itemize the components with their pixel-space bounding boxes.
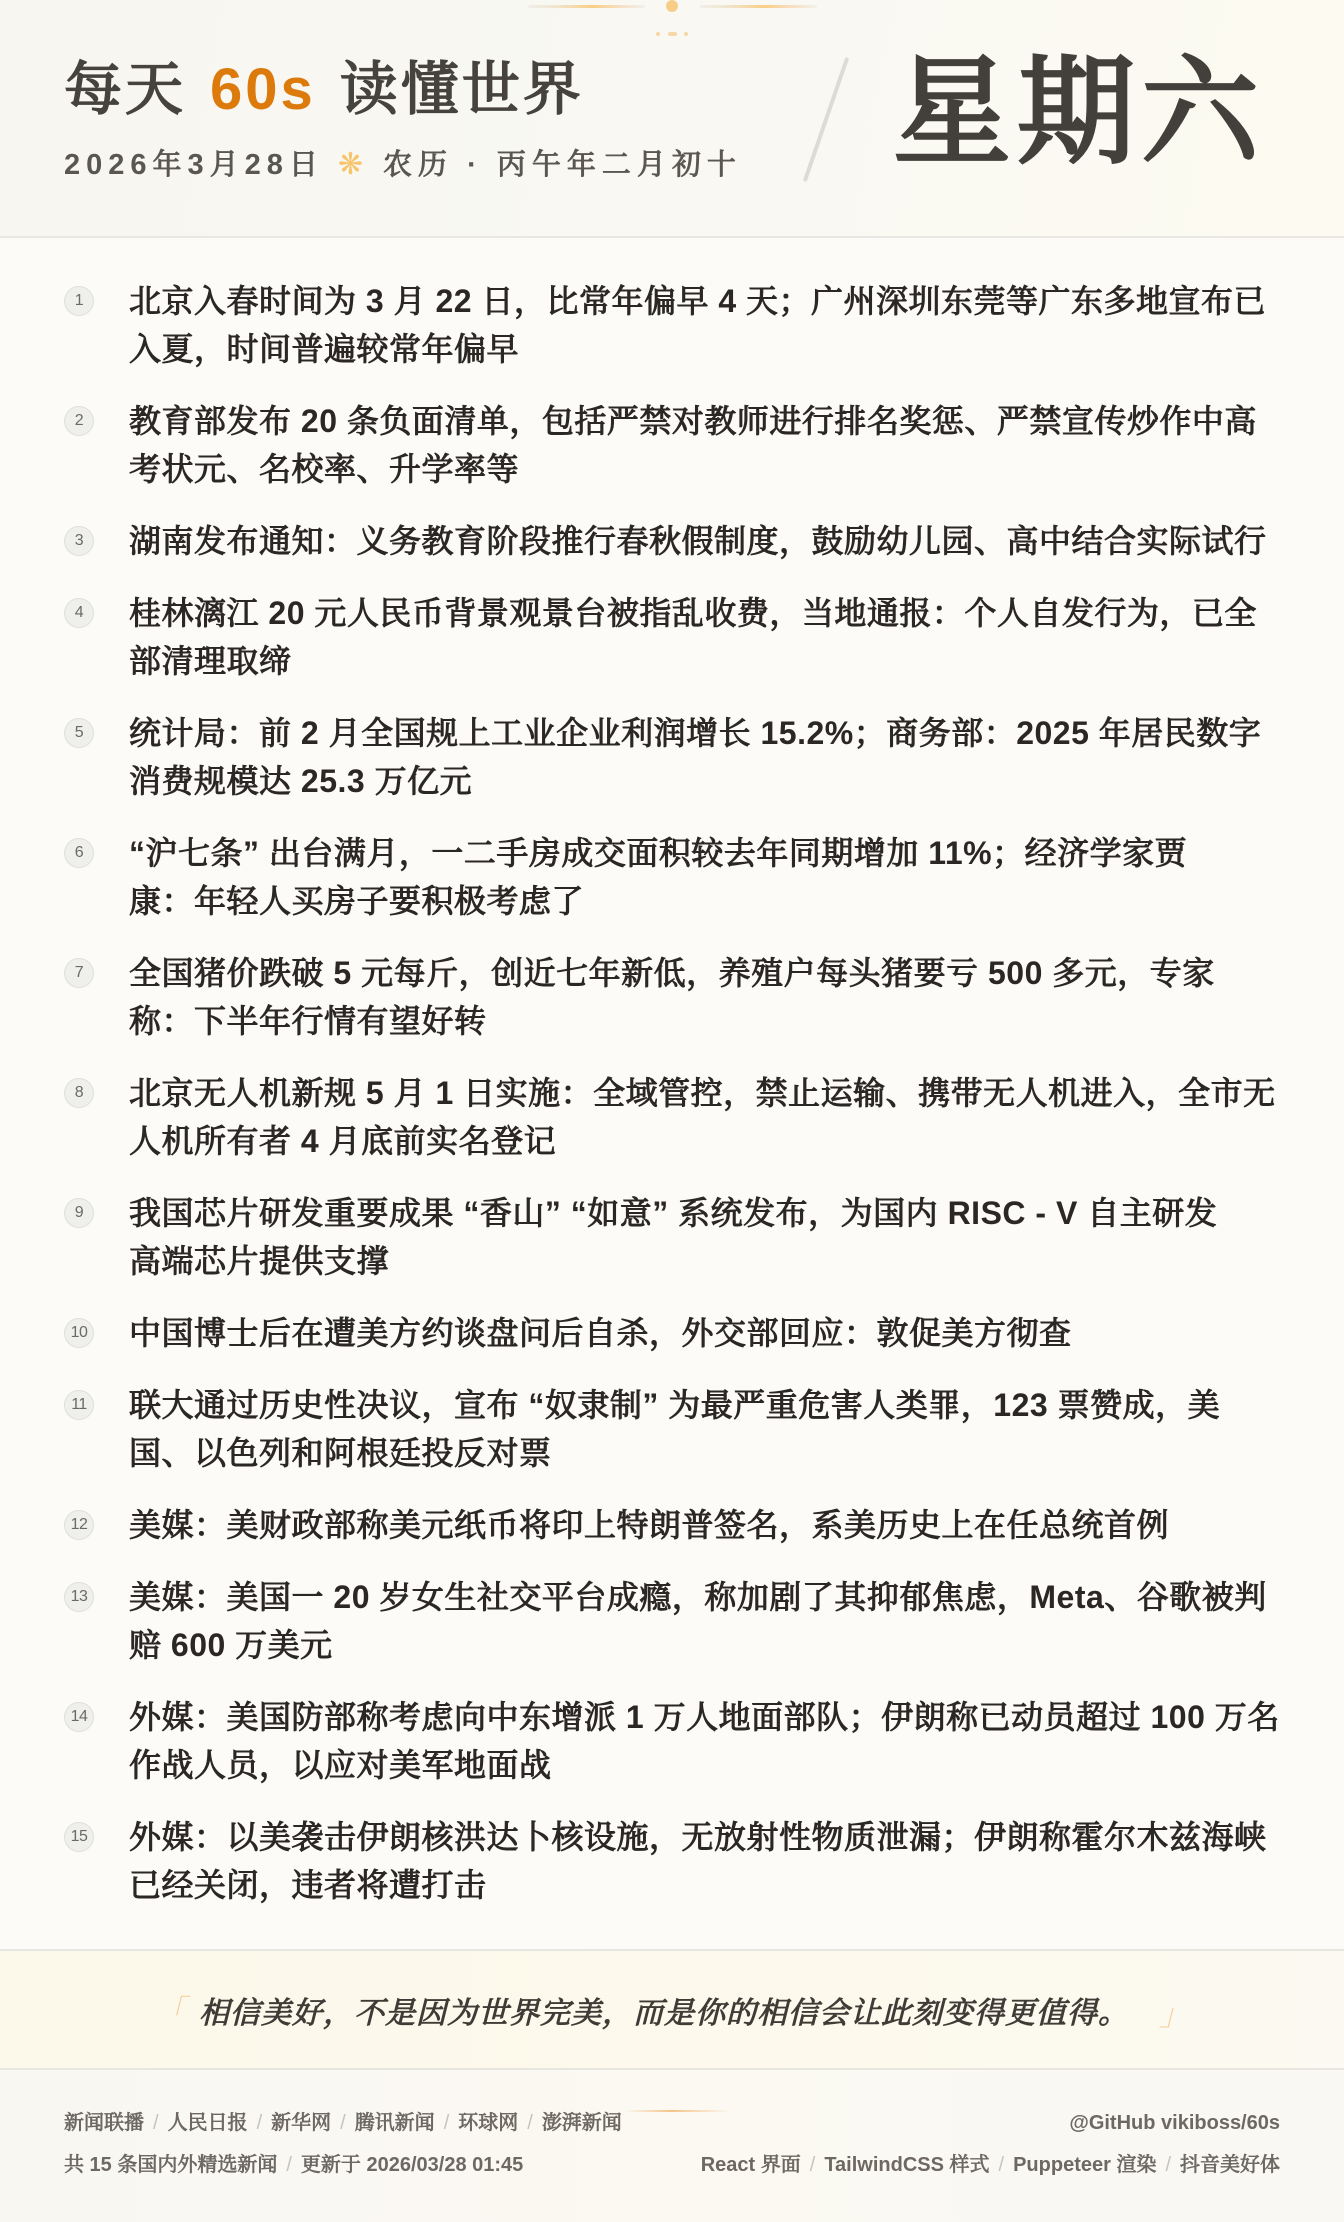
- source-label: 环球网: [458, 2112, 518, 2134]
- news-count: 共 15 条国内外精选新闻: [64, 2154, 277, 2176]
- news-text-line: 赔 600 万美元: [129, 1621, 1280, 1669]
- news-text-line: 中国博士后在遭美方约谈盘问后自杀，外交部回应：敦促美方彻查: [129, 1309, 1280, 1357]
- news-item-14: 14 外媒：美国防部称考虑向中东增派 1 万人地面部队；伊朗称已动员超过 100…: [64, 1693, 1280, 1789]
- separator: /: [999, 2154, 1005, 2176]
- separator: /: [153, 2112, 159, 2134]
- news-text-line: 教育部发布 20 条负面清单，包括严禁对教师进行排名奖惩、严禁宣传炒作中高: [129, 397, 1280, 445]
- news-text-line: 高端芯片提供支撑: [129, 1237, 1280, 1285]
- item-number-badge: 11: [64, 1390, 94, 1420]
- decorative-small-dot: [656, 32, 660, 36]
- news-text: 教育部发布 20 条负面清单，包括严禁对教师进行排名奖惩、严禁宣传炒作中高 考状…: [129, 397, 1280, 493]
- footer: 新闻联播/人民日报/新华网/腾讯新闻/环球网/澎湃新闻 共 15 条国内外精选新…: [0, 2070, 1344, 2222]
- news-text-line: 外媒：美国防部称考虑向中东增派 1 万人地面部队；伊朗称已动员超过 100 万名: [129, 1693, 1280, 1741]
- title-suffix: 读懂世界: [340, 57, 584, 122]
- news-list: 1 北京入春时间为 3 月 22 日，比常年偏早 4 天；广州深圳东莞等广东多地…: [64, 238, 1280, 1933]
- credit-label: 抖音美好体: [1180, 2154, 1280, 2176]
- news-text-line: 统计局：前 2 月全国规上工业企业利润增长 15.2%；商务部：2025 年居民…: [129, 709, 1280, 757]
- separator: /: [444, 2112, 450, 2134]
- news-text: 全国猪价跌破 5 元每斤，创近七年新低，养殖户每头猪要亏 500 多元，专家 称…: [129, 949, 1280, 1045]
- item-number-badge: 15: [64, 1822, 94, 1852]
- item-number-badge: 4: [64, 598, 94, 628]
- item-number-badge: 5: [64, 718, 94, 748]
- news-text-line: 全国猪价跌破 5 元每斤，创近七年新低，养殖户每头猪要亏 500 多元，专家: [129, 949, 1280, 997]
- item-number-badge: 8: [64, 1078, 94, 1108]
- news-text-line: 联大通过历史性决议，宣布 “奴隶制” 为最严重危害人类罪，123 票赞成，美: [129, 1381, 1280, 1429]
- news-text-line: 考状元、名校率、升学率等: [129, 445, 1280, 493]
- news-text-line: 人机所有者 4 月底前实名登记: [129, 1117, 1280, 1165]
- news-text: 美媒：美财政部称美元纸币将印上特朗普签名，系美历史上在任总统首例: [129, 1501, 1280, 1549]
- lunar-date: 农历 · 丙午年二月初十: [383, 145, 742, 185]
- news-text: 湖南发布通知：义务教育阶段推行春秋假制度，鼓励幼儿园、高中结合实际试行: [129, 517, 1280, 565]
- source-label: 腾讯新闻: [355, 2112, 435, 2134]
- news-text-line: 北京入春时间为 3 月 22 日，比常年偏早 4 天；广州深圳东莞等广东多地宣布…: [129, 277, 1280, 325]
- divider-slash: [803, 57, 849, 182]
- title-accent: 60s: [210, 57, 316, 122]
- item-number-badge: 14: [64, 1702, 94, 1732]
- decorative-line-left: [528, 5, 645, 8]
- news-text: 我国芯片研发重要成果 “香山” “如意” 系统发布，为国内 RISC - V 自…: [129, 1189, 1280, 1285]
- github-credit: @GitHub vikiboss/60s: [701, 2102, 1280, 2144]
- item-number-badge: 9: [64, 1198, 94, 1228]
- news-text-line: 北京无人机新规 5 月 1 日实施：全域管控，禁止运输、携带无人机进入，全市无: [129, 1069, 1280, 1117]
- item-number-badge: 1: [64, 286, 94, 316]
- header: 每天60s读懂世界 2026年3月28日 ❋ 农历 · 丙午年二月初十 星期六: [0, 0, 1344, 238]
- separator: /: [340, 2112, 346, 2134]
- news-text: 美媒：美国一 20 岁女生社交平台成瘾，称加剧了其抑郁焦虑，Meta、谷歌被判 …: [129, 1573, 1280, 1669]
- decorative-small-pill: [668, 32, 677, 36]
- news-text-line: 桂林漓江 20 元人民币背景观景台被指乱收费，当地通报：个人自发行为，已全: [129, 589, 1280, 637]
- news-text: 中国博士后在遭美方约谈盘问后自杀，外交部回应：敦促美方彻查: [129, 1309, 1280, 1357]
- news-item-3: 3 湖南发布通知：义务教育阶段推行春秋假制度，鼓励幼儿园、高中结合实际试行: [64, 517, 1280, 565]
- item-number-badge: 10: [64, 1318, 94, 1348]
- gregorian-date: 2026年3月28日: [64, 145, 324, 185]
- news-item-7: 7 全国猪价跌破 5 元每斤，创近七年新低，养殖户每头猪要亏 500 多元，专家…: [64, 949, 1280, 1045]
- source-label: 澎湃新闻: [542, 2112, 622, 2134]
- credit-label: TailwindCSS 样式: [824, 2154, 989, 2176]
- news-text: 统计局：前 2 月全国规上工业企业利润增长 15.2%；商务部：2025 年居民…: [129, 709, 1280, 805]
- tech-credits: React 界面/TailwindCSS 样式/Puppeteer 渲染/抖音美…: [701, 2144, 1280, 2186]
- news-item-11: 11 联大通过历史性决议，宣布 “奴隶制” 为最严重危害人类罪，123 票赞成，…: [64, 1381, 1280, 1477]
- news-text-line: 美媒：美财政部称美元纸币将印上特朗普签名，系美历史上在任总统首例: [129, 1501, 1280, 1549]
- news-text: 桂林漓江 20 元人民币背景观景台被指乱收费，当地通报：个人自发行为，已全 部清…: [129, 589, 1280, 685]
- decorative-small-dot: [684, 32, 688, 36]
- news-summary: 共 15 条国内外精选新闻/更新于 2026/03/28 01:45: [64, 2144, 622, 2186]
- news-item-5: 5 统计局：前 2 月全国规上工业企业利润增长 15.2%；商务部：2025 年…: [64, 709, 1280, 805]
- news-text-line: 作战人员，以应对美军地面战: [129, 1741, 1280, 1789]
- news-text-line: 我国芯片研发重要成果 “香山” “如意” 系统发布，为国内 RISC - V 自…: [129, 1189, 1280, 1237]
- footer-left: 新闻联播/人民日报/新华网/腾讯新闻/环球网/澎湃新闻 共 15 条国内外精选新…: [64, 2102, 622, 2186]
- news-text-line: 外媒：以美袭击伊朗核洪达卜核设施，无放射性物质泄漏；伊朗称霍尔木兹海峡: [129, 1813, 1280, 1861]
- footer-right: @GitHub vikiboss/60s React 界面/TailwindCS…: [701, 2102, 1280, 2186]
- news-text-line: 湖南发布通知：义务教育阶段推行春秋假制度，鼓励幼儿园、高中结合实际试行: [129, 517, 1280, 565]
- date-line: 2026年3月28日 ❋ 农历 · 丙午年二月初十: [64, 145, 742, 185]
- item-number-badge: 2: [64, 406, 94, 436]
- updated-timestamp: 更新于 2026/03/28 01:45: [301, 2154, 523, 2176]
- news-text-line: 已经关闭，违者将遭打击: [129, 1861, 1280, 1909]
- news-text: “沪七条” 出台满月，一二手房成交面积较去年同期增加 11%；经济学家贾 康：年…: [129, 829, 1280, 925]
- news-item-9: 9 我国芯片研发重要成果 “香山” “如意” 系统发布，为国内 RISC - V…: [64, 1189, 1280, 1285]
- news-text: 北京入春时间为 3 月 22 日，比常年偏早 4 天；广州深圳东莞等广东多地宣布…: [129, 277, 1280, 373]
- item-number-badge: 12: [64, 1510, 94, 1540]
- news-text-line: 消费规模达 25.3 万亿元: [129, 757, 1280, 805]
- title-prefix: 每天: [64, 57, 186, 122]
- item-number-badge: 7: [64, 958, 94, 988]
- daily-quote: 「 相信美好，不是因为世界完美，而是你的相信会让此刻变得更值得。 」: [0, 1949, 1344, 2070]
- source-label: 人民日报: [168, 2112, 248, 2134]
- news-text-line: 称：下半年行情有望好转: [129, 997, 1280, 1045]
- decorative-line-right: [700, 5, 817, 8]
- close-quote-icon: 」: [1159, 1990, 1189, 2034]
- item-number-badge: 13: [64, 1582, 94, 1612]
- news-item-8: 8 北京无人机新规 5 月 1 日实施：全域管控，禁止运输、携带无人机进入，全市…: [64, 1069, 1280, 1165]
- separator: /: [257, 2112, 263, 2134]
- news-text: 外媒：以美袭击伊朗核洪达卜核设施，无放射性物质泄漏；伊朗称霍尔木兹海峡 已经关闭…: [129, 1813, 1280, 1909]
- credit-label: React 界面: [701, 2154, 801, 2176]
- sparkle-icon: ❋: [338, 145, 363, 185]
- news-item-13: 13 美媒：美国一 20 岁女生社交平台成瘾，称加剧了其抑郁焦虑，Meta、谷歌…: [64, 1573, 1280, 1669]
- news-text-line: “沪七条” 出台满月，一二手房成交面积较去年同期增加 11%；经济学家贾: [129, 829, 1280, 877]
- decorative-dot: [666, 0, 678, 12]
- item-number-badge: 6: [64, 838, 94, 868]
- separator: /: [527, 2112, 533, 2134]
- news-item-12: 12 美媒：美财政部称美元纸币将印上特朗普签名，系美历史上在任总统首例: [64, 1501, 1280, 1549]
- news-sources: 新闻联播/人民日报/新华网/腾讯新闻/环球网/澎湃新闻: [64, 2102, 622, 2144]
- news-item-15: 15 外媒：以美袭击伊朗核洪达卜核设施，无放射性物质泄漏；伊朗称霍尔木兹海峡 已…: [64, 1813, 1280, 1909]
- news-text-line: 美媒：美国一 20 岁女生社交平台成瘾，称加剧了其抑郁焦虑，Meta、谷歌被判: [129, 1573, 1280, 1621]
- separator: /: [1165, 2154, 1171, 2176]
- separator: /: [286, 2154, 292, 2176]
- open-quote-icon: 「: [155, 1986, 185, 2030]
- news-item-6: 6 “沪七条” 出台满月，一二手房成交面积较去年同期增加 11%；经济学家贾 康…: [64, 829, 1280, 925]
- source-label: 新闻联播: [64, 2112, 144, 2134]
- news-text-line: 国、以色列和阿根廷投反对票: [129, 1429, 1280, 1477]
- news-item-2: 2 教育部发布 20 条负面清单，包括严禁对教师进行排名奖惩、严禁宣传炒作中高 …: [64, 397, 1280, 493]
- news-text-line: 部清理取缔: [129, 637, 1280, 685]
- news-text-line: 入夏，时间普遍较常年偏早: [129, 325, 1280, 373]
- quote-text: 相信美好，不是因为世界完美，而是你的相信会让此刻变得更值得。: [199, 1988, 1129, 2032]
- news-item-1: 1 北京入春时间为 3 月 22 日，比常年偏早 4 天；广州深圳东莞等广东多地…: [64, 277, 1280, 373]
- item-number-badge: 3: [64, 526, 94, 556]
- news-text-line: 康：年轻人买房子要积极考虑了: [129, 877, 1280, 925]
- news-text: 外媒：美国防部称考虑向中东增派 1 万人地面部队；伊朗称已动员超过 100 万名…: [129, 1693, 1280, 1789]
- credit-label: Puppeteer 渲染: [1013, 2154, 1156, 2176]
- weekday: 星期六: [893, 52, 1265, 174]
- source-label: 新华网: [271, 2112, 331, 2134]
- news-item-4: 4 桂林漓江 20 元人民币背景观景台被指乱收费，当地通报：个人自发行为，已全 …: [64, 589, 1280, 685]
- news-text: 北京无人机新规 5 月 1 日实施：全域管控，禁止运输、携带无人机进入，全市无 …: [129, 1069, 1280, 1165]
- news-item-10: 10 中国博士后在遭美方约谈盘问后自杀，外交部回应：敦促美方彻查: [64, 1309, 1280, 1357]
- separator: /: [810, 2154, 816, 2176]
- news-text: 联大通过历史性决议，宣布 “奴隶制” 为最严重危害人类罪，123 票赞成，美 国…: [129, 1381, 1280, 1477]
- page-title: 每天60s读懂世界: [64, 55, 584, 125]
